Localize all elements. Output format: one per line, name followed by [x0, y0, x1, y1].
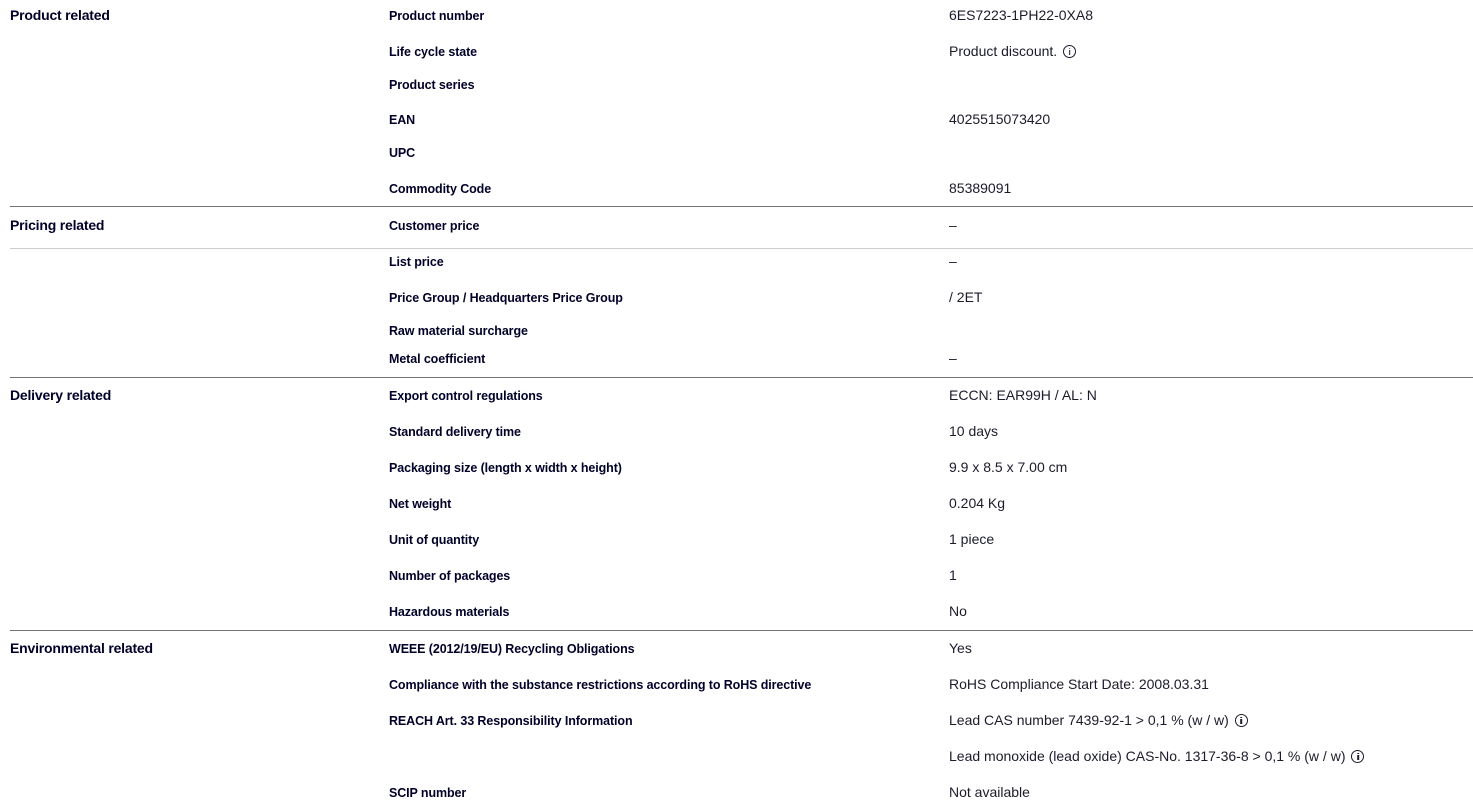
row-label-hazardous-materials: Hazardous materials: [389, 605, 509, 619]
row-label-product-series: Product series: [389, 78, 474, 92]
row-value-reach-lead-monoxide: Lead monoxide (lead oxide) CAS-No. 1317-…: [949, 748, 1364, 764]
row-label-scip-number: SCIP number: [389, 786, 466, 800]
row-label-unit-of-quantity: Unit of quantity: [389, 533, 479, 547]
section-divider: [10, 630, 1473, 631]
section-title: Delivery related: [10, 387, 111, 403]
row-value-export-control: ECCN: EAR99H / AL: N: [949, 387, 1097, 403]
row-label-packaging-size: Packaging size (length x width x height): [389, 461, 622, 475]
info-icon[interactable]: [1235, 714, 1248, 727]
row-value-price-group: / 2ET: [949, 289, 982, 305]
row-label-list-price: List price: [389, 255, 444, 269]
row-value-net-weight: 0.204 Kg: [949, 495, 1005, 511]
row-label-price-group: Price Group / Headquarters Price Group: [389, 291, 623, 305]
row-value-unit-of-quantity: 1 piece: [949, 531, 994, 547]
row-value-commodity-code: 85389091: [949, 180, 1011, 196]
row-label-standard-delivery-time: Standard delivery time: [389, 425, 521, 439]
row-value-standard-delivery-time: 10 days: [949, 423, 998, 439]
row-value-hazardous-materials: No: [949, 603, 967, 619]
row-label-weee: WEEE (2012/19/EU) Recycling Obligations: [389, 642, 634, 656]
row-label-product-number: Product number: [389, 9, 484, 23]
section-divider: [10, 377, 1473, 378]
row-label-upc: UPC: [389, 146, 415, 160]
row-label-commodity-code: Commodity Code: [389, 182, 491, 196]
row-value-weee: Yes: [949, 640, 972, 656]
info-icon[interactable]: [1063, 45, 1076, 58]
row-value-ean: 4025515073420: [949, 111, 1050, 127]
row-divider: [10, 248, 1473, 249]
section-divider: [10, 206, 1473, 207]
row-value-rohs-compliance: RoHS Compliance Start Date: 2008.03.31: [949, 676, 1209, 692]
row-label-export-control: Export control regulations: [389, 389, 543, 403]
row-label-life-cycle-state: Life cycle state: [389, 45, 477, 59]
row-label-number-of-packages: Number of packages: [389, 569, 510, 583]
info-icon[interactable]: [1351, 750, 1364, 763]
section-title: Product related: [10, 7, 110, 23]
row-value-product-number: 6ES7223-1PH22-0XA8: [949, 7, 1093, 23]
row-label-reach-art33: REACH Art. 33 Responsibility Information: [389, 714, 632, 728]
row-value-scip-number: Not available: [949, 784, 1030, 800]
row-value-list-price: –: [949, 253, 957, 269]
row-label-net-weight: Net weight: [389, 497, 451, 511]
row-value-number-of-packages: 1: [949, 567, 957, 583]
row-value-reach-lead: Lead CAS number 7439-92-1 > 0,1 % (w / w…: [949, 712, 1248, 728]
row-label-rohs-compliance: Compliance with the substance restrictio…: [389, 678, 811, 692]
row-value-metal-coefficient: –: [949, 350, 957, 366]
section-title: Environmental related: [10, 640, 153, 656]
row-value-customer-price: –: [949, 217, 957, 233]
row-label-metal-coefficient: Metal coefficient: [389, 352, 485, 366]
row-label-customer-price: Customer price: [389, 219, 479, 233]
row-label-ean: EAN: [389, 113, 415, 127]
row-value-packaging-size: 9.9 x 8.5 x 7.00 cm: [949, 459, 1067, 475]
row-label-raw-material-surcharge: Raw material surcharge: [389, 324, 528, 338]
section-title: Pricing related: [10, 217, 104, 233]
row-value-life-cycle-state: Product discount.: [949, 43, 1076, 59]
